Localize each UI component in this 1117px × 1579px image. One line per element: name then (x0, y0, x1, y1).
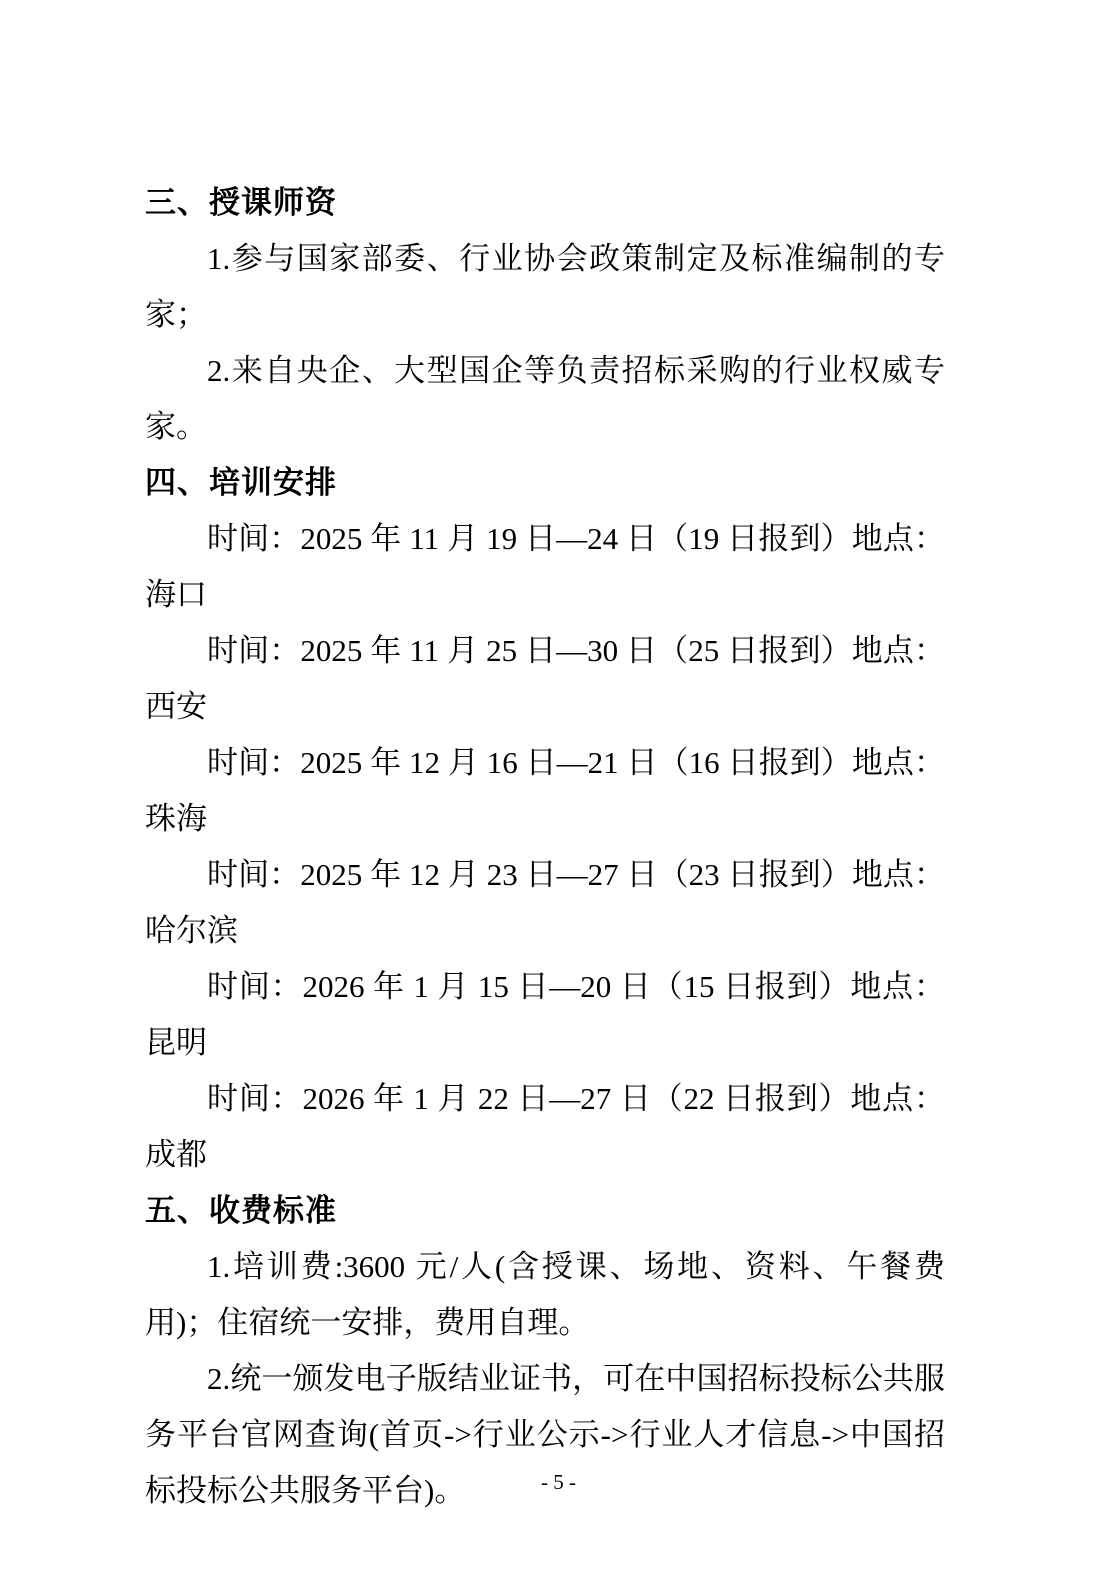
faculty-item-1: 1.参与国家部委、行业协会政策制定及标准编制的专家； (145, 231, 945, 343)
schedule-line-2: 时间：2025 年 11 月 25 日—30 日（25 日报到）地点：西安 (145, 623, 945, 735)
fee-item-1: 1.培训费:3600 元/人(含授课、场地、资料、午餐费用)；住宿统一安排，费用… (145, 1239, 945, 1351)
schedule-line-4: 时间：2025 年 12 月 23 日—27 日（23 日报到）地点：哈尔滨 (145, 847, 945, 959)
faculty-item-2: 2.来自央企、大型国企等负责招标采购的行业权威专家。 (145, 343, 945, 455)
schedule-line-1: 时间：2025 年 11 月 19 日—24 日（19 日报到）地点：海口 (145, 511, 945, 623)
schedule-line-6: 时间：2026 年 1 月 22 日—27 日（22 日报到）地点：成都 (145, 1071, 945, 1183)
document-page: 三、授课师资 1.参与国家部委、行业协会政策制定及标准编制的专家； 2.来自央企… (0, 0, 1117, 1579)
section-heading-teachers: 三、授课师资 (145, 175, 945, 231)
page-number: - 5 - (0, 1468, 1117, 1496)
section-heading-schedule: 四、培训安排 (145, 455, 945, 511)
schedule-line-3: 时间：2025 年 12 月 16 日—21 日（16 日报到）地点：珠海 (145, 735, 945, 847)
schedule-line-5: 时间：2026 年 1 月 15 日—20 日（15 日报到）地点：昆明 (145, 959, 945, 1071)
document-body: 三、授课师资 1.参与国家部委、行业协会政策制定及标准编制的专家； 2.来自央企… (145, 175, 945, 1519)
section-heading-fees: 五、收费标准 (145, 1183, 945, 1239)
